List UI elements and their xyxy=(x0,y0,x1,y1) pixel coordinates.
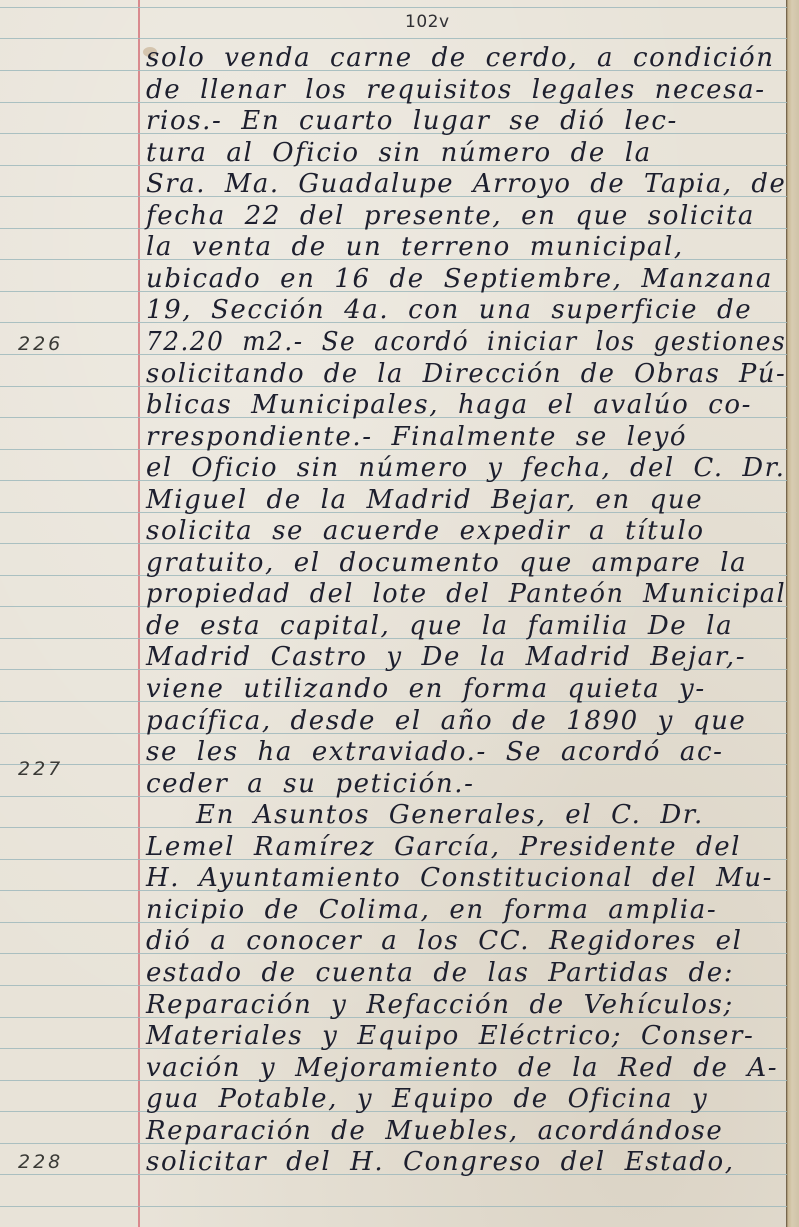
ruled-line xyxy=(0,38,787,39)
text-line: 19, Sección 4a. con una superficie de xyxy=(146,296,786,324)
ruled-line xyxy=(0,1206,787,1207)
text-line: vación y Mejoramiento de la Red de A- xyxy=(146,1054,786,1082)
text-line: propiedad del lote del Panteón Municipal xyxy=(146,580,773,608)
text-line: de llenar los requisitos legales necesa- xyxy=(146,76,786,104)
text-line: solicitando de la Dirección de Obras Pú- xyxy=(146,360,778,388)
text-line: Sra. Ma. Guadalupe Arroyo de Tapia, de xyxy=(146,170,782,198)
text-line: pacífica, desde el año de 1890 y que xyxy=(146,707,786,735)
text-line: Reparación y Refacción de Vehículos; xyxy=(146,991,786,1019)
folio-number: 102v xyxy=(405,12,450,32)
text-line: fecha 22 del presente, en que solicita xyxy=(146,202,786,230)
text-line: estado de cuenta de las Partidas de: xyxy=(146,959,786,987)
text-line: dió a conocer a los CC. Regidores el xyxy=(146,927,786,955)
text-line: viene utilizando en forma quieta y- xyxy=(146,675,786,703)
text-line: ubicado en 16 de Septiembre, Manzana xyxy=(146,265,786,293)
text-line: ceder a su petición.- xyxy=(146,770,786,798)
text-line: se les ha extraviado.- Se acordó ac- xyxy=(146,738,786,766)
entry-number: 227 xyxy=(18,758,63,780)
text-line: En Asuntos Generales, el C. Dr. xyxy=(196,801,786,829)
ruled-line xyxy=(0,7,787,8)
text-line: 72.20 m2.- Se acordó iniciar los gestion… xyxy=(146,328,754,356)
text-line: nicipio de Colima, en forma amplia- xyxy=(146,896,786,924)
entry-number: 226 xyxy=(18,333,63,355)
text-line: rios.- En cuarto lugar se dió lec- xyxy=(146,107,786,135)
text-line: el Oficio sin número y fecha, del C. Dr. xyxy=(146,454,781,482)
page-edge xyxy=(786,0,799,1227)
text-line: solo venda carne de cerdo, a condición xyxy=(146,44,786,72)
text-line: solicitar del H. Congreso del Estado, xyxy=(146,1148,786,1176)
text-line: gratuito, el documento que ampare la xyxy=(146,549,786,577)
red-margin-line xyxy=(138,0,140,1227)
text-line: solicita se acuerde expedir a título xyxy=(146,517,786,545)
text-line: Miguel de la Madrid Bejar, en que xyxy=(146,486,786,514)
text-line: de esta capital, que la familia De la xyxy=(146,612,786,640)
text-line: la venta de un terreno municipal, xyxy=(146,233,786,261)
text-line: Reparación de Muebles, acordándose xyxy=(146,1117,786,1145)
text-line: tura al Oficio sin número de la xyxy=(146,139,786,167)
text-line: gua Potable, y Equipo de Oficina y xyxy=(146,1085,786,1113)
text-line: blicas Municipales, haga el avalúo co- xyxy=(146,391,786,419)
text-line: H. Ayuntamiento Constitucional del Mu- xyxy=(146,864,786,892)
ledger-page: 102v 226227228 solo venda carne de cerdo… xyxy=(0,0,799,1227)
entry-number: 228 xyxy=(18,1151,63,1173)
text-line: Lemel Ramírez García, Presidente del xyxy=(146,833,786,861)
text-line: Materiales y Equipo Eléctrico; Conser- xyxy=(146,1022,786,1050)
text-line: Madrid Castro y De la Madrid Bejar,- xyxy=(146,643,786,671)
text-line: rrespondiente.- Finalmente se leyó xyxy=(146,423,786,451)
